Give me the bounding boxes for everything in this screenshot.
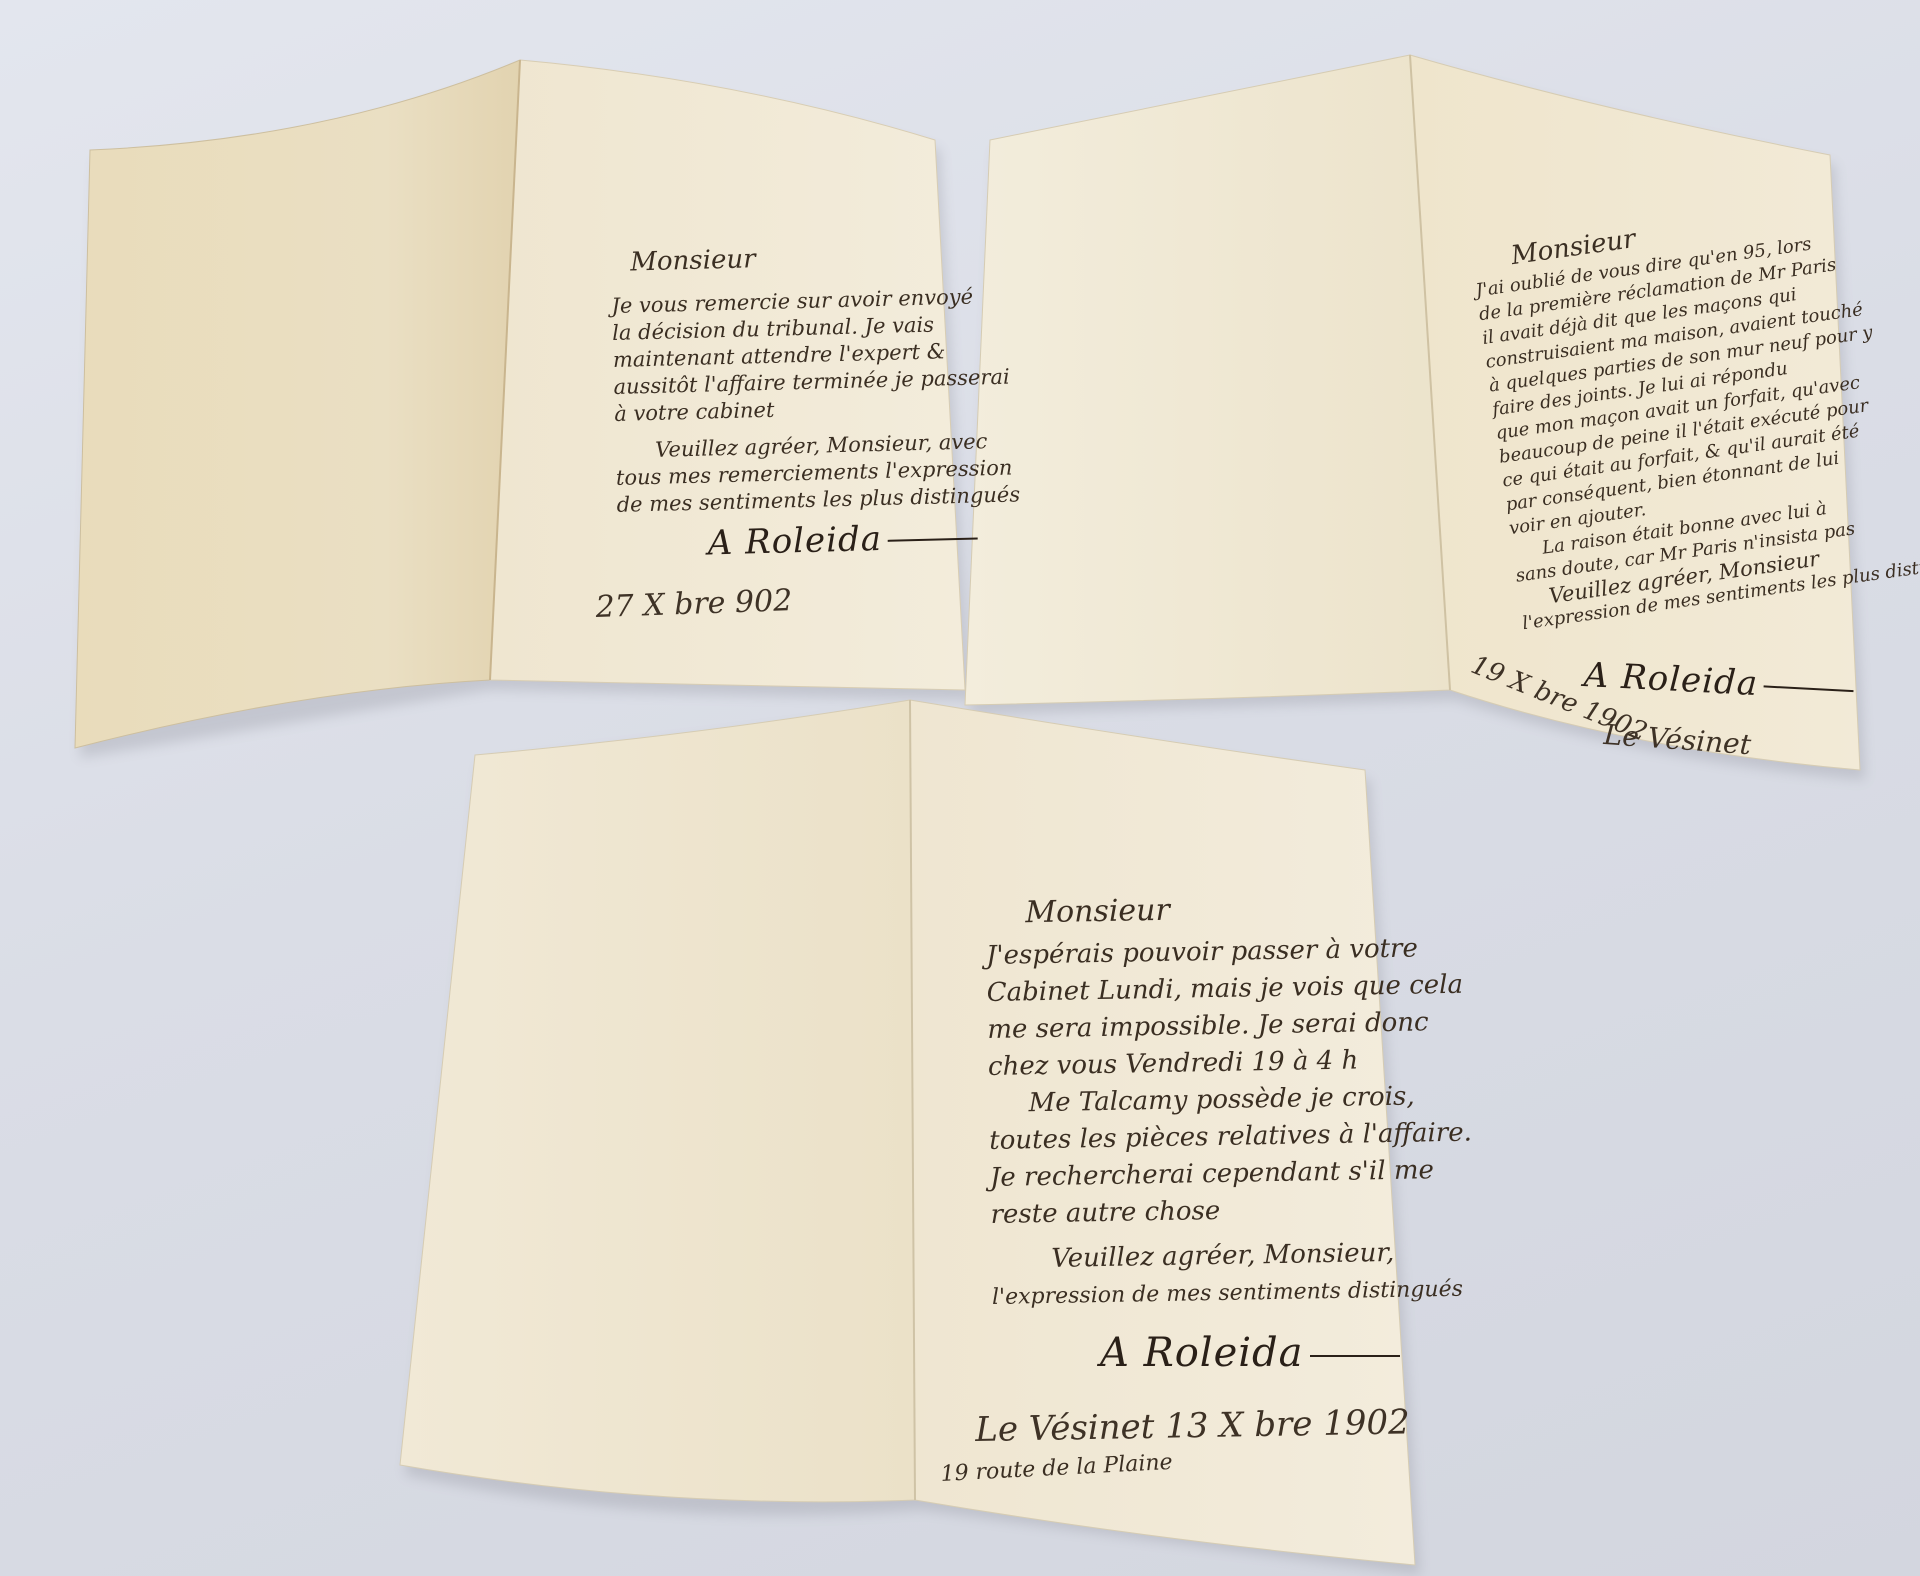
photo-scene: Monsieur Je vous remercie sur avoir envo… [0,0,1920,1576]
letter-top-left-text: Monsieur Je vous remercie sur avoir envo… [610,239,1021,559]
body-line: reste autre chose [990,1189,1473,1234]
salutation: Monsieur [630,239,1014,276]
letter-bottom-left-panel [400,700,915,1502]
salutation: Monsieur [1025,887,1468,932]
letter-bottom-place-date: Le Vésinet 13 X bre 1902 [975,1402,1410,1450]
letter-top-left-left-panel [75,60,520,748]
letter-bottom-signature: A Roleida [1100,1330,1400,1376]
letter-bottom-text: Monsieur J'espérais pouvoir passer à vot… [985,887,1475,1316]
letter-top-right-left-panel [965,55,1450,705]
letter-top-left-date: 27 X bre 902 [595,583,793,625]
letter-top-right-text: Monsieur J'ai oublié de vous dire qu'en … [1470,186,1920,636]
